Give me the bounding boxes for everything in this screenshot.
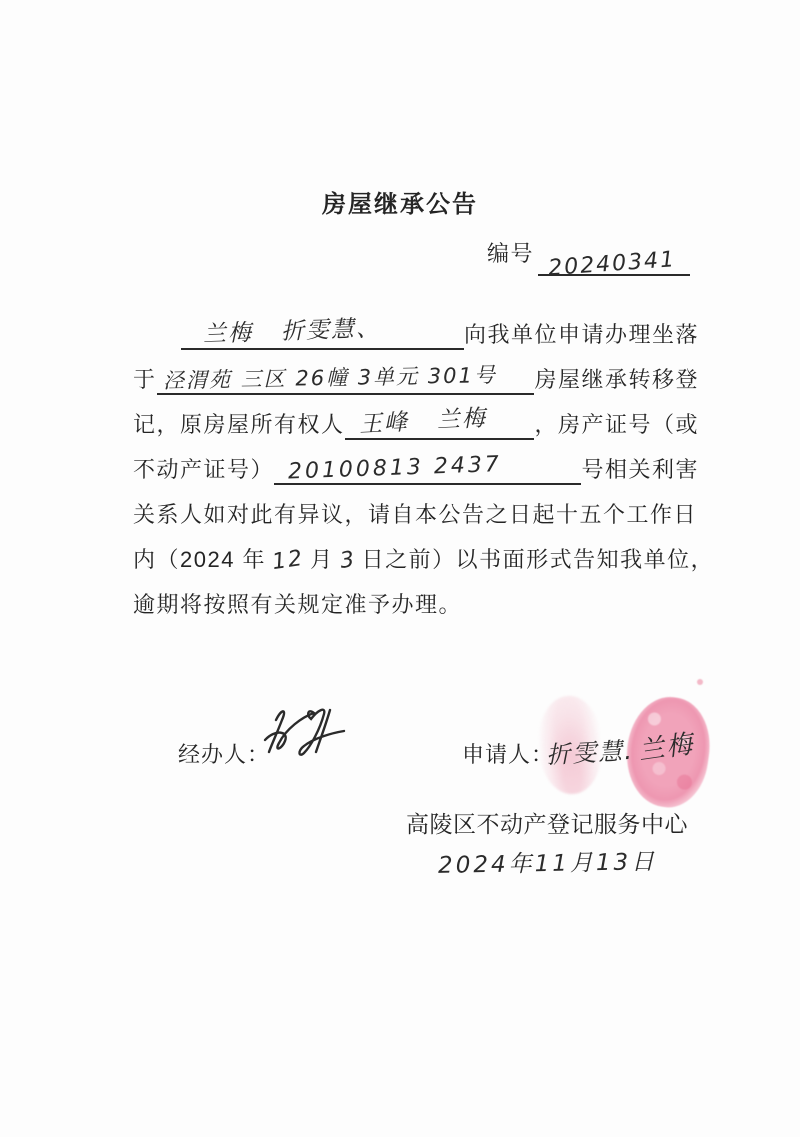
paragraph-indent: [133, 312, 181, 357]
handler-signature-scribble: [256, 700, 364, 772]
handler-signature: [256, 700, 364, 777]
body-line-6: 内（2024 年 12 月 3 日之前）以书面形式告知我单位，: [133, 537, 699, 582]
cert-no-handwritten: 20100813 2437: [274, 452, 503, 485]
body-text: 向我单位申请办理坐落: [464, 312, 699, 357]
applicants-blank-line: 兰梅 折雯慧、: [181, 312, 464, 350]
serial-value-handwritten: 20240341: [538, 247, 677, 282]
body-text: 日之前）以书面形式告知我单位，: [362, 537, 715, 582]
body-text: 不动产证号）: [133, 447, 274, 492]
body-text: 号相关利害: [581, 447, 699, 492]
deadline-day-handwritten: 3: [331, 536, 365, 584]
body-line-1: 兰梅 折雯慧、 向我单位申请办理坐落: [133, 312, 699, 357]
body-text: 房屋继承转移登: [534, 357, 699, 402]
owners-handwritten: 王峰 兰梅: [344, 399, 487, 439]
body-text: ，房产证号（或: [534, 402, 699, 447]
issuing-org: 高陵区不动产登记服务中心: [406, 806, 688, 839]
body-text: 于: [133, 357, 157, 402]
owners-blank-line: 王峰 兰梅: [345, 402, 535, 440]
body-line-2: 于 泾渭苑 三区 26幢 3单元 301号 房屋继承转移登: [133, 357, 699, 402]
body-text: 月: [310, 537, 334, 582]
serial-label: 编号: [487, 231, 534, 276]
applicant-signature-1: 折雯慧.: [545, 731, 634, 771]
fingerprint-speck: [697, 679, 703, 685]
notice-body: 兰梅 折雯慧、 向我单位申请办理坐落 于 泾渭苑 三区 26幢 3单元 301号…: [133, 312, 699, 627]
body-line-5: 关系人如对此有异议，请自本公告之日起十五个工作日: [133, 492, 699, 537]
address-handwritten: 泾渭苑 三区 26幢 3单元 301号: [156, 359, 496, 395]
address-blank-line: 泾渭苑 三区 26幢 3单元 301号: [157, 357, 535, 395]
body-line-7: 逾期将按照有关规定准予办理。: [133, 582, 699, 627]
body-line-3: 记，原房屋所有权人 王峰 兰梅 ，房产证号（或: [133, 402, 699, 447]
body-text: 记，原房屋所有权人: [133, 402, 345, 447]
document-page: 房屋继承公告 编号 20240341 兰梅 折雯慧、 向我单位申请办理坐落 于 …: [0, 0, 800, 1137]
page-title: 房屋继承公告: [0, 184, 800, 219]
body-text: 逾期将按照有关规定准予办理。: [133, 582, 462, 627]
body-text: 内（2024 年: [133, 537, 266, 582]
body-text: 关系人如对此有异议，请自本公告之日起十五个工作日: [133, 492, 697, 537]
applicant-signature-2: 兰梅: [636, 723, 697, 767]
serial-blank-line: 20240341: [538, 248, 690, 276]
cert-no-blank-line: 20100813 2437: [274, 447, 581, 485]
issue-date-handwritten: 2024年11月13日: [438, 843, 658, 880]
applicants-handwritten: 兰梅 折雯慧、: [180, 310, 381, 350]
deadline-month-handwritten: 12: [263, 535, 313, 586]
applicant-label: 申请人：: [462, 738, 554, 769]
serial-number-row: 编号 20240341: [487, 231, 690, 276]
body-line-4: 不动产证号） 20100813 2437 号相关利害: [133, 447, 699, 492]
